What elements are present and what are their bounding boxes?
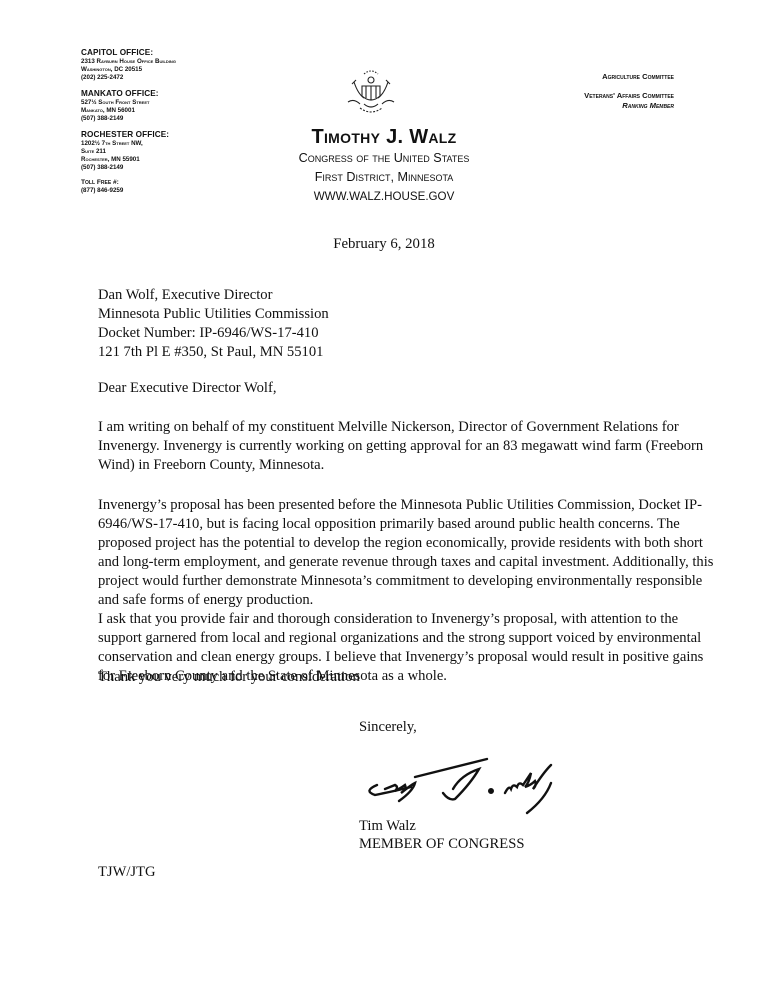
committee-list: Agriculture Committee Veterans' Affairs … [584, 72, 674, 111]
committee-role: Ranking Member [584, 101, 674, 111]
office-phone: (202) 225-2472 [81, 74, 261, 82]
recipient-address: Dan Wolf, Executive Director Minnesota P… [98, 286, 329, 362]
office-line: 527½ South Front Street [81, 99, 261, 107]
committee-veterans: Veterans' Affairs Committee [584, 91, 674, 101]
office-line: Washington, DC 20515 [81, 66, 261, 74]
office-title: CAPITOL OFFICE: [81, 48, 261, 58]
signature-icon [355, 755, 595, 815]
salutation: Dear Executive Director Wolf, [98, 380, 276, 397]
reference-initials: TJW/JTG [98, 864, 156, 881]
signer-name: Tim Walz [359, 817, 524, 835]
thanks-line: Thank you very much for your considerati… [98, 669, 360, 686]
eagle-seal-icon [340, 68, 402, 118]
committee-agriculture: Agriculture Committee [584, 72, 674, 82]
signer-block: Tim Walz MEMBER OF CONGRESS [359, 817, 524, 853]
member-name: Timothy J. Walz [0, 126, 768, 149]
office-phone: (507) 388-2149 [81, 115, 261, 123]
website-link[interactable]: WWW.WALZ.HOUSE.GOV [0, 190, 768, 203]
body-paragraph: Invenergy’s proposal has been presented … [98, 496, 718, 609]
signer-title: MEMBER OF CONGRESS [359, 835, 524, 853]
office-title: MANKATO OFFICE: [81, 89, 261, 99]
closing: Sincerely, [359, 719, 417, 736]
recipient-line: 121 7th Pl E #350, St Paul, MN 55101 [98, 343, 329, 362]
recipient-line: Docket Number: IP-6946/WS-17-410 [98, 324, 329, 343]
congress-line: Congress of the United States [0, 151, 768, 165]
body-paragraph: I am writing on behalf of my constituent… [98, 418, 718, 475]
office-line: Mankato, MN 56001 [81, 107, 261, 115]
letter-date: February 6, 2018 [0, 236, 768, 253]
recipient-line: Dan Wolf, Executive Director [98, 286, 329, 305]
recipient-line: Minnesota Public Utilities Commission [98, 305, 329, 324]
capitol-office: CAPITOL OFFICE: 2313 Rayburn House Offic… [81, 48, 261, 82]
office-line: 2313 Rayburn House Office Building [81, 58, 261, 66]
mankato-office: MANKATO OFFICE: 527½ South Front Street … [81, 89, 261, 123]
district-line: First District, Minnesota [0, 170, 768, 184]
